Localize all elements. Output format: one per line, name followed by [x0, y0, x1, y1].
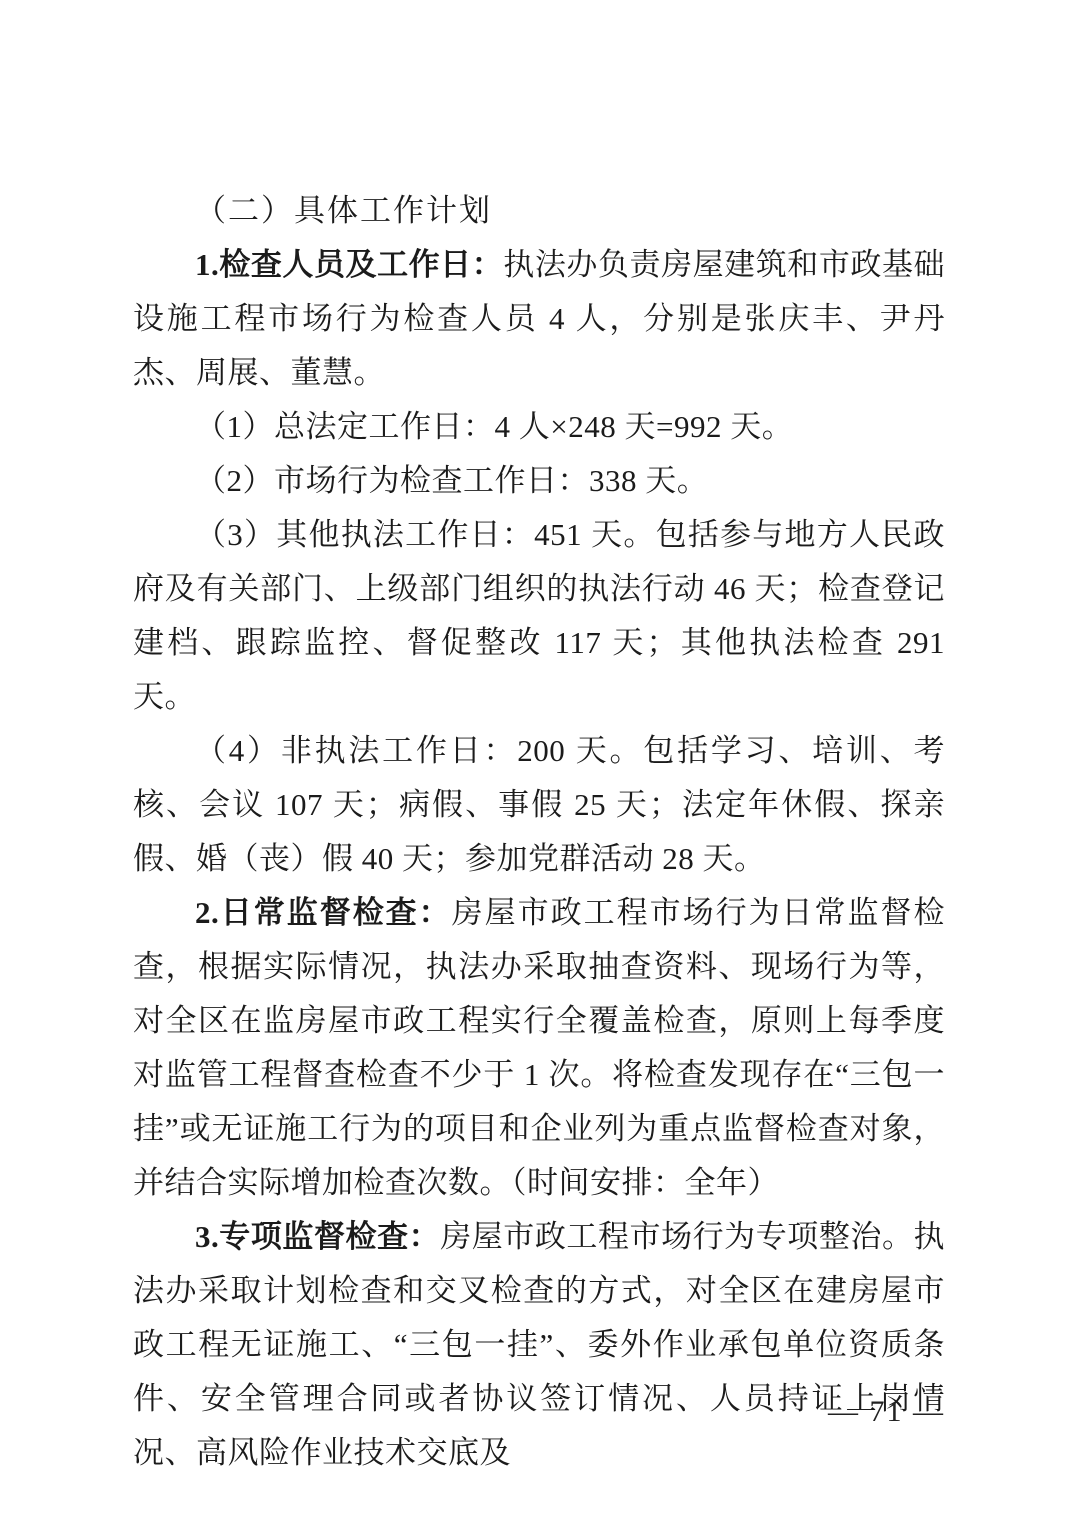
item-other-enforcement-days: （3）其他执法工作日：451 天。包括参与地方人民政府及有关部门、上级部门组织的…	[133, 508, 945, 724]
item-market-behavior-check-days: （2）市场行为检查工作日：338 天。	[133, 454, 945, 508]
item-total-statutory-workdays: （1）总法定工作日：4 人×248 天=992 天。	[133, 400, 945, 454]
para-inspectors-workdays: 1.检查人员及工作日：执法办负责房屋建筑和市政基础设施工程市场行为检查人员 4 …	[133, 238, 945, 400]
para-special-supervision-lead: 3.专项监督检查：	[195, 1219, 440, 1254]
para-special-supervision-text: 房屋市政工程市场行为专项整治。执法办采取计划检查和交叉检查的方式，对全区在建房屋…	[133, 1219, 945, 1470]
para-special-supervision: 3.专项监督检查：房屋市政工程市场行为专项整治。执法办采取计划检查和交叉检查的方…	[133, 1210, 945, 1480]
page-number: — 71 —	[828, 1392, 945, 1432]
para-daily-supervision-lead: 2.日常监督检查：	[195, 895, 452, 930]
document-page: （二）具体工作计划 1.检查人员及工作日：执法办负责房屋建筑和市政基础设施工程市…	[0, 0, 1074, 1520]
para-inspectors-workdays-lead: 1.检查人员及工作日：	[195, 247, 503, 282]
para-daily-supervision-text: 房屋市政工程市场行为日常监督检查，根据实际情况，执法办采取抽查资料、现场行为等，…	[133, 895, 945, 1200]
para-daily-supervision: 2.日常监督检查：房屋市政工程市场行为日常监督检查，根据实际情况，执法办采取抽查…	[133, 886, 945, 1210]
document-body: （二）具体工作计划 1.检查人员及工作日：执法办负责房屋建筑和市政基础设施工程市…	[133, 184, 945, 1480]
item-non-enforcement-days: （4）非执法工作日：200 天。包括学习、培训、考核、会议 107 天；病假、事…	[133, 724, 945, 886]
section-heading: （二）具体工作计划	[133, 184, 945, 238]
